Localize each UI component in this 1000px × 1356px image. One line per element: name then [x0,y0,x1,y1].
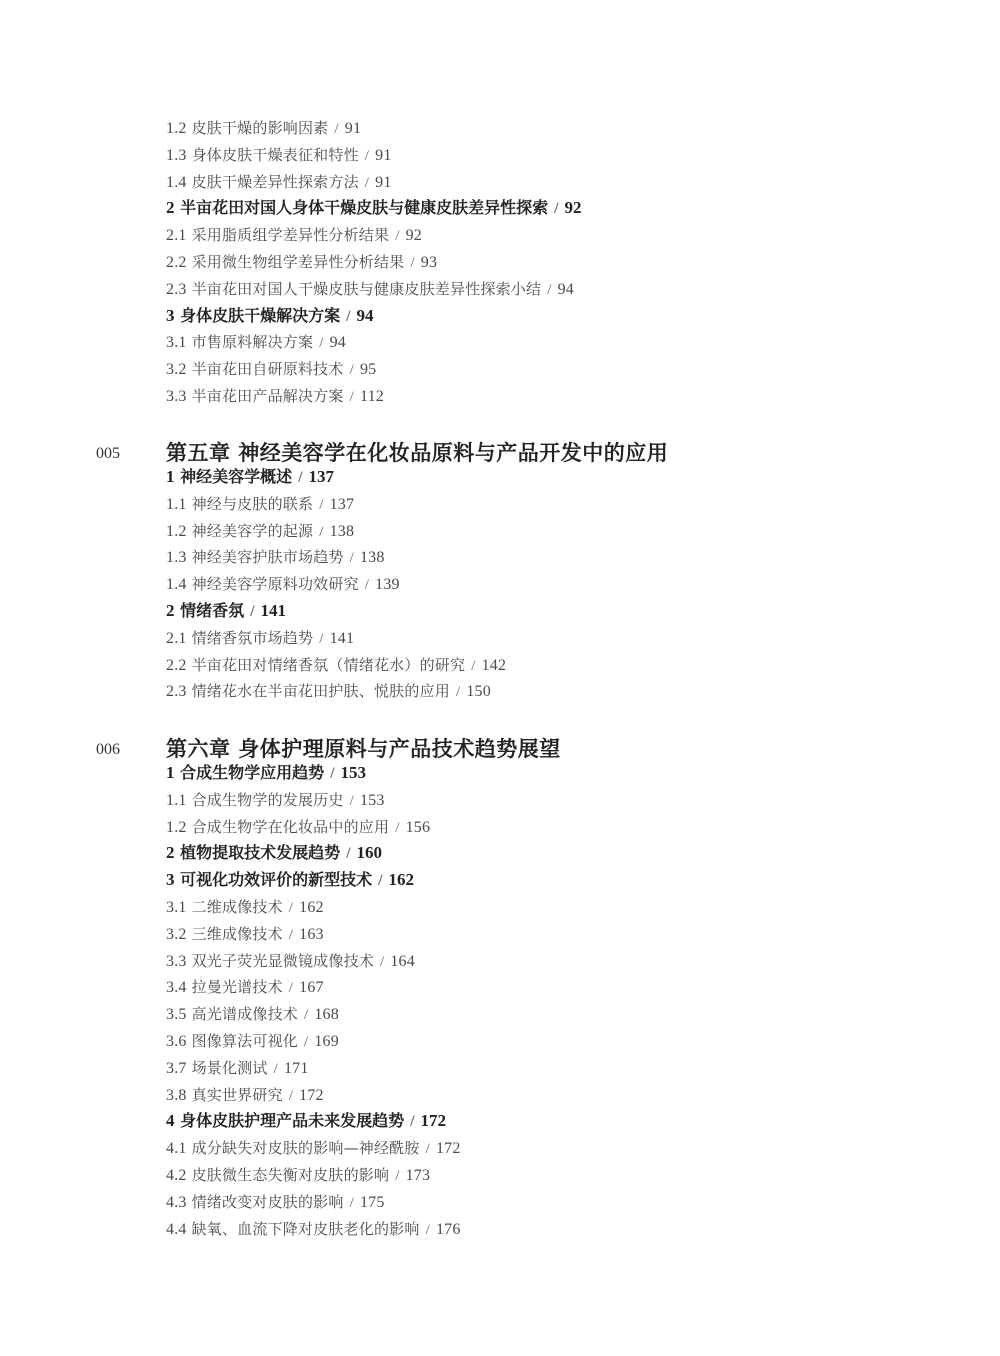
page-separator: / [378,872,382,889]
chapter-title: 第五章 神经美容学在化妆品原料与产品开发中的应用 [166,440,668,466]
toc-subsection-entry: 1.1 神经与皮肤的联系/137 [166,494,354,515]
entry-title: 二维成像技术 [192,898,283,916]
toc-subsection-entry: 1.3 神经美容护肤市场趋势/138 [166,547,385,568]
entry-number: 3.8 [166,1087,187,1104]
page-separator: / [289,927,293,943]
entry-number: 2.2 [166,657,187,674]
page-separator: / [346,308,350,325]
toc-subsection-entry: 2.2 采用微生物组学差异性分析结果/93 [166,252,437,273]
entry-number: 3 [166,870,175,889]
entry-title: 合成生物学在化妆品中的应用 [192,818,390,836]
entry-number: 1.2 [166,120,187,137]
entry-title: 真实世界研究 [192,1086,283,1104]
entry-page-number: 92 [406,227,422,244]
page-separator: / [426,1141,430,1157]
entry-page-number: 142 [482,657,507,674]
toc-subsection-entry: 3.1 市售原料解决方案/94 [166,332,346,353]
page-separator: / [410,255,414,271]
entry-page-number: 164 [390,953,415,970]
page-separator: / [319,524,323,540]
toc-subsection-entry: 4.1 成分缺失对皮肤的影响—神经酰胺/172 [166,1138,461,1159]
toc-subsection-entry: 2.3 情绪花水在半亩花田护肤、悦肤的应用/150 [166,681,491,702]
page-separator: / [395,820,399,836]
page-separator: / [298,469,302,486]
entry-page-number: 137 [330,496,355,513]
entry-title: 合成生物学的发展历史 [192,791,344,809]
entry-title: 市售原料解决方案 [192,333,314,351]
entry-number: 3.5 [166,1006,187,1023]
entry-number: 3.2 [166,926,187,943]
toc-page: 1.2 皮肤干燥的影响因素/911.3 身体皮肤干燥表征和特性/911.4 皮肤… [0,0,1000,1356]
toc-subsection-entry: 4.3 情绪改变对皮肤的影响/175 [166,1192,385,1213]
toc-subsection-entry: 2.2 半亩花田对情绪香氛（情绪花水）的研究/142 [166,655,506,676]
entry-page-number: 112 [360,388,384,405]
entry-title: 皮肤干燥差异性探索方法 [192,173,359,191]
entry-page-number: 141 [261,601,287,620]
entry-title: 半亩花田产品解决方案 [192,387,344,405]
entry-title: 采用脂质组学差异性分析结果 [192,226,390,244]
toc-section-entry: 3 可视化功效评价的新型技术/162 [166,870,414,891]
page-separator: / [319,497,323,513]
entry-number: 2.2 [166,254,187,271]
toc-subsection-entry: 3.3 半亩花田产品解决方案/112 [166,386,384,407]
toc-subsection-entry: 1.2 合成生物学在化妆品中的应用/156 [166,817,430,838]
entry-page-number: 91 [375,174,391,191]
entry-title: 成分缺失对皮肤的影响—神经酰胺 [192,1139,420,1157]
entry-page-number: 138 [360,549,385,566]
entry-page-number: 137 [309,467,335,486]
entry-page-number: 156 [406,819,431,836]
page-separator: / [319,335,323,351]
entry-title: 情绪香氛市场趋势 [192,629,314,647]
page-separator: / [350,362,354,378]
page-separator: / [395,1168,399,1184]
toc-subsection-entry: 3.8 真实世界研究/172 [166,1085,324,1106]
entry-number: 3.3 [166,388,187,405]
entry-title: 身体皮肤干燥表征和特性 [192,146,359,164]
toc-subsection-entry: 2.1 情绪香氛市场趋势/141 [166,628,354,649]
entry-page-number: 138 [330,523,355,540]
entry-title: 神经与皮肤的联系 [192,495,314,513]
entry-page-number: 168 [314,1006,339,1023]
page-separator: / [250,603,254,620]
entry-title: 三维成像技术 [192,925,283,943]
page-separator: / [304,1034,308,1050]
entry-page-number: 153 [360,792,385,809]
entry-title: 半亩花田自研原料技术 [192,360,344,378]
entry-number: 2 [166,198,175,217]
entry-title: 植物提取技术发展趋势 [180,843,340,862]
toc-section-entry: 2 情绪香氛/141 [166,601,286,622]
toc-subsection-entry: 2.3 半亩花田对国人干燥皮肤与健康皮肤差异性探索小结/94 [166,279,574,300]
chapter-title: 第六章 身体护理原料与产品技术趋势展望 [166,736,561,762]
page-separator: / [410,1113,414,1130]
toc-section-entry: 2 植物提取技术发展趋势/160 [166,843,382,864]
entry-page-number: 163 [299,926,324,943]
chapter-number: 005 [96,442,120,466]
page-separator: / [304,1007,308,1023]
page-separator: / [554,200,558,217]
entry-number: 1.3 [166,549,187,566]
entry-number: 4.1 [166,1140,187,1157]
toc-subsection-entry: 2.1 采用脂质组学差异性分析结果/92 [166,225,422,246]
entry-page-number: 139 [375,576,400,593]
page-separator: / [289,980,293,996]
entry-title: 半亩花田对国人身体干燥皮肤与健康皮肤差异性探索 [180,198,548,217]
toc-section-entry: 3 身体皮肤干燥解决方案/94 [166,306,374,327]
entry-number: 3.1 [166,334,187,351]
entry-page-number: 162 [389,870,415,889]
entry-title: 神经美容护肤市场趋势 [192,548,344,566]
entry-number: 3.2 [166,361,187,378]
toc-subsection-entry: 3.5 高光谱成像技术/168 [166,1004,339,1025]
page-separator: / [365,175,369,191]
entry-number: 1 [166,763,175,782]
page-separator: / [350,1195,354,1211]
page-separator: / [350,550,354,566]
entry-page-number: 172 [421,1111,447,1130]
entry-number: 3 [166,306,175,325]
entry-page-number: 167 [299,979,324,996]
entry-title: 身体皮肤干燥解决方案 [180,306,340,325]
entry-page-number: 162 [299,899,324,916]
toc-subsection-entry: 1.4 皮肤干燥差异性探索方法/91 [166,172,392,193]
entry-number: 3.7 [166,1060,187,1077]
page-separator: / [350,389,354,405]
page-separator: / [365,577,369,593]
page-separator: / [426,1222,430,1238]
entry-number: 1.2 [166,819,187,836]
entry-page-number: 92 [565,198,582,217]
page-separator: / [289,1088,293,1104]
toc-subsection-entry: 4.2 皮肤微生态失衡对皮肤的影响/173 [166,1165,430,1186]
page-separator: / [365,148,369,164]
entry-page-number: 141 [330,630,355,647]
entry-number: 2.3 [166,281,187,298]
entry-title: 半亩花田对国人干燥皮肤与健康皮肤差异性探索小结 [192,280,542,298]
toc-subsection-entry: 4.4 缺氧、血流下降对皮肤老化的影响/176 [166,1219,461,1240]
entry-number: 1.1 [166,496,187,513]
toc-subsection-entry: 1.2 皮肤干燥的影响因素/91 [166,118,361,139]
page-separator: / [350,793,354,809]
entry-number: 4.3 [166,1194,187,1211]
entry-page-number: 94 [357,306,374,325]
entry-number: 1.4 [166,576,187,593]
entry-number: 2.3 [166,683,187,700]
page-separator: / [330,765,334,782]
entry-title: 缺氧、血流下降对皮肤老化的影响 [192,1220,420,1238]
entry-number: 1.1 [166,792,187,809]
entry-title: 拉曼光谱技术 [192,978,283,996]
page-separator: / [274,1061,278,1077]
toc-section-entry: 4 身体皮肤护理产品未来发展趋势/172 [166,1111,446,1132]
entry-page-number: 94 [558,281,574,298]
page-separator: / [471,658,475,674]
entry-title: 场景化测试 [192,1059,268,1077]
entry-page-number: 91 [375,147,391,164]
toc-subsection-entry: 3.2 三维成像技术/163 [166,924,324,945]
entry-number: 2.1 [166,630,187,647]
page-separator: / [395,228,399,244]
entry-page-number: 176 [436,1221,461,1238]
entry-page-number: 172 [299,1087,324,1104]
toc-subsection-entry: 3.7 场景化测试/171 [166,1058,309,1079]
entry-page-number: 91 [345,120,361,137]
entry-page-number: 153 [341,763,367,782]
entry-title: 双光子荧光显微镜成像技术 [192,952,374,970]
toc-subsection-entry: 1.2 神经美容学的起源/138 [166,521,354,542]
entry-title: 神经美容学原料功效研究 [192,575,359,593]
entry-number: 3.6 [166,1033,187,1050]
entry-title: 神经美容学的起源 [192,522,314,540]
entry-title: 情绪香氛 [180,601,244,620]
entry-title: 图像算法可视化 [192,1032,298,1050]
entry-title: 高光谱成像技术 [192,1005,298,1023]
entry-title: 情绪花水在半亩花田护肤、悦肤的应用 [192,682,450,700]
entry-number: 1.2 [166,523,187,540]
page-separator: / [456,684,460,700]
toc-section-entry: 2 半亩花田对国人身体干燥皮肤与健康皮肤差异性探索/92 [166,198,582,219]
toc-subsection-entry: 3.1 二维成像技术/162 [166,897,324,918]
page-separator: / [346,845,350,862]
entry-number: 3.1 [166,899,187,916]
toc-subsection-entry: 1.1 合成生物学的发展历史/153 [166,790,385,811]
entry-number: 1.3 [166,147,187,164]
toc-section-entry: 1 神经美容学概述/137 [166,467,334,488]
entry-page-number: 172 [436,1140,461,1157]
entry-title: 合成生物学应用趋势 [180,763,324,782]
entry-number: 2.1 [166,227,187,244]
entry-number: 4 [166,1111,175,1130]
entry-title: 皮肤微生态失衡对皮肤的影响 [192,1166,390,1184]
entry-page-number: 150 [466,683,491,700]
toc-subsection-entry: 3.6 图像算法可视化/169 [166,1031,339,1052]
entry-title: 情绪改变对皮肤的影响 [192,1193,344,1211]
entry-page-number: 171 [284,1060,309,1077]
entry-title: 神经美容学概述 [180,467,292,486]
toc-subsection-entry: 1.4 神经美容学原料功效研究/139 [166,574,400,595]
entry-title: 可视化功效评价的新型技术 [180,870,372,889]
entry-number: 3.3 [166,953,187,970]
entry-page-number: 93 [421,254,437,271]
toc-subsection-entry: 3.3 双光子荧光显微镜成像技术/164 [166,951,415,972]
entry-number: 4.2 [166,1167,187,1184]
page-separator: / [380,954,384,970]
entry-number: 2 [166,601,175,620]
toc-subsection-entry: 3.2 半亩花田自研原料技术/95 [166,359,376,380]
entry-page-number: 95 [360,361,376,378]
toc-subsection-entry: 3.4 拉曼光谱技术/167 [166,977,324,998]
entry-number: 4.4 [166,1221,187,1238]
entry-page-number: 160 [357,843,383,862]
toc-subsection-entry: 1.3 身体皮肤干燥表征和特性/91 [166,145,392,166]
entry-page-number: 94 [330,334,346,351]
entry-number: 1.4 [166,174,187,191]
chapter-number: 006 [96,738,120,762]
entry-page-number: 173 [406,1167,431,1184]
page-separator: / [547,282,551,298]
page-separator: / [319,631,323,647]
entry-page-number: 169 [314,1033,339,1050]
entry-page-number: 175 [360,1194,385,1211]
entry-title: 皮肤干燥的影响因素 [192,119,329,137]
entry-title: 身体皮肤护理产品未来发展趋势 [180,1111,404,1130]
entry-number: 2 [166,843,175,862]
page-separator: / [289,900,293,916]
entry-number: 1 [166,467,175,486]
page-separator: / [334,121,338,137]
toc-section-entry: 1 合成生物学应用趋势/153 [166,763,366,784]
entry-title: 采用微生物组学差异性分析结果 [192,253,405,271]
entry-number: 3.4 [166,979,187,996]
entry-title: 半亩花田对情绪香氛（情绪花水）的研究 [192,656,466,674]
